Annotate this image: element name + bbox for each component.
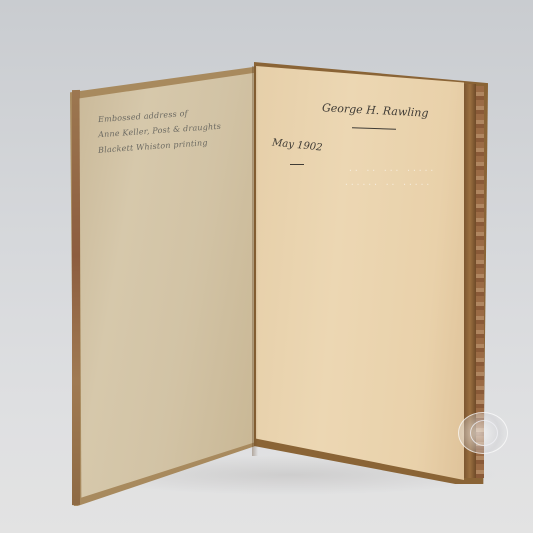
front-cover-edge bbox=[72, 90, 80, 505]
book-photo: Embossed address of Anne Keller, Post & … bbox=[0, 0, 533, 533]
blind-stamp-line-1: ·· ·· ··· ····· bbox=[348, 166, 435, 175]
date-underline bbox=[290, 164, 304, 165]
gutter-shadow bbox=[252, 66, 258, 456]
page-clip-inner-icon bbox=[470, 420, 498, 446]
blind-stamp-line-2: ······ ·· ····· bbox=[344, 180, 431, 189]
